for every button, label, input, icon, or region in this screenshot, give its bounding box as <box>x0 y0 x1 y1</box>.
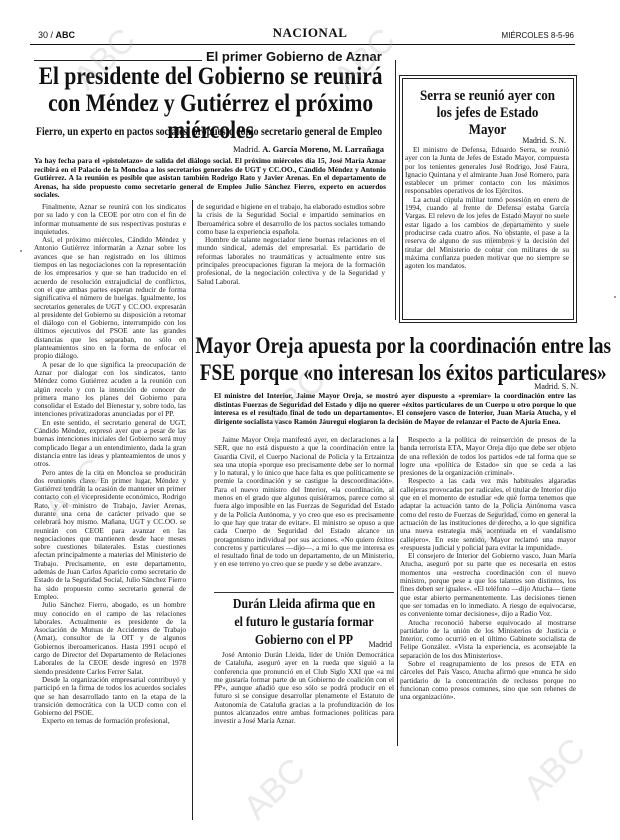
paragraph: Sobre el reagrupamiento de los presos de… <box>400 660 576 701</box>
paragraph: Hombre de talante negociador tiene buena… <box>197 236 385 286</box>
story-rule <box>214 592 394 593</box>
second-column-b: Respecto a la política de reinserción de… <box>400 436 576 746</box>
byline-place: Madrid. <box>233 144 260 154</box>
sidebar-dateline: Madrid. S. N. <box>522 136 566 145</box>
main-column-2: de seguridad e higiene en el trabajo, ha… <box>197 203 385 303</box>
paragraph: Finalmente, Aznar se reunirá con los sin… <box>34 203 186 236</box>
paragraph: Atucha reconoció haberse equivocado al m… <box>400 619 576 660</box>
third-body: José Antonio Durán Lleida, líder de Unió… <box>214 651 394 766</box>
paragraph: Jaime Mayor Oreja manifestó ayer, en dec… <box>214 436 394 569</box>
second-dateline: Madrid. S. N. <box>534 382 578 391</box>
paragraph: Julio Sánchez Fierro, abogado, es un hom… <box>34 601 186 676</box>
issue-date: MIÉRCOLES 8-5-96 <box>502 31 574 40</box>
main-byline: Madrid. A. García Moreno, M. Larrañaga <box>233 144 384 154</box>
paragraph: Así, el próximo miércoles, Cándido Ménde… <box>34 236 186 360</box>
column-divider <box>397 436 398 746</box>
paragraph: En este sentido, el secretario general d… <box>34 419 186 469</box>
paragraph: de seguridad e higiene en el trabajo, ha… <box>197 203 385 236</box>
third-headline: Durán Lleida afirma que en el futuro le … <box>228 596 381 650</box>
paragraph: El consejero de Interior del Gobierno va… <box>400 552 576 618</box>
column-divider <box>192 200 193 820</box>
sidebar-headline: Serra se reunió ayer con los jefes de Es… <box>418 88 558 139</box>
byline-authors: A. García Moreno, M. Larrañaga <box>262 144 384 154</box>
main-lead: Ya hay fecha para el «pistoletazo» de sa… <box>34 157 386 200</box>
second-column-a: Jaime Mayor Oreja manifestó ayer, en dec… <box>214 436 394 586</box>
column-divider <box>395 60 396 320</box>
paragraph: José Antonio Durán Lleida, líder de Unió… <box>214 651 394 726</box>
paragraph: Respecto a la política de reinserción de… <box>400 436 576 477</box>
paragraph: Experto en temas de formación profesiona… <box>34 717 186 725</box>
third-dateline: Madrid <box>368 640 392 649</box>
paragraph: A pesar de lo que significa la preocupac… <box>34 361 186 419</box>
second-headline: Mayor Oreja apuesta por la coordinación … <box>190 333 616 387</box>
paragraph: Desde la organización empresarial contri… <box>34 676 186 717</box>
main-subheadline: Fierro, un experto en pactos sociales, p… <box>36 126 382 138</box>
speck <box>614 296 616 298</box>
paragraph: El ministro de Defensa, Eduardo Serra, s… <box>405 146 569 196</box>
speck <box>20 250 22 252</box>
